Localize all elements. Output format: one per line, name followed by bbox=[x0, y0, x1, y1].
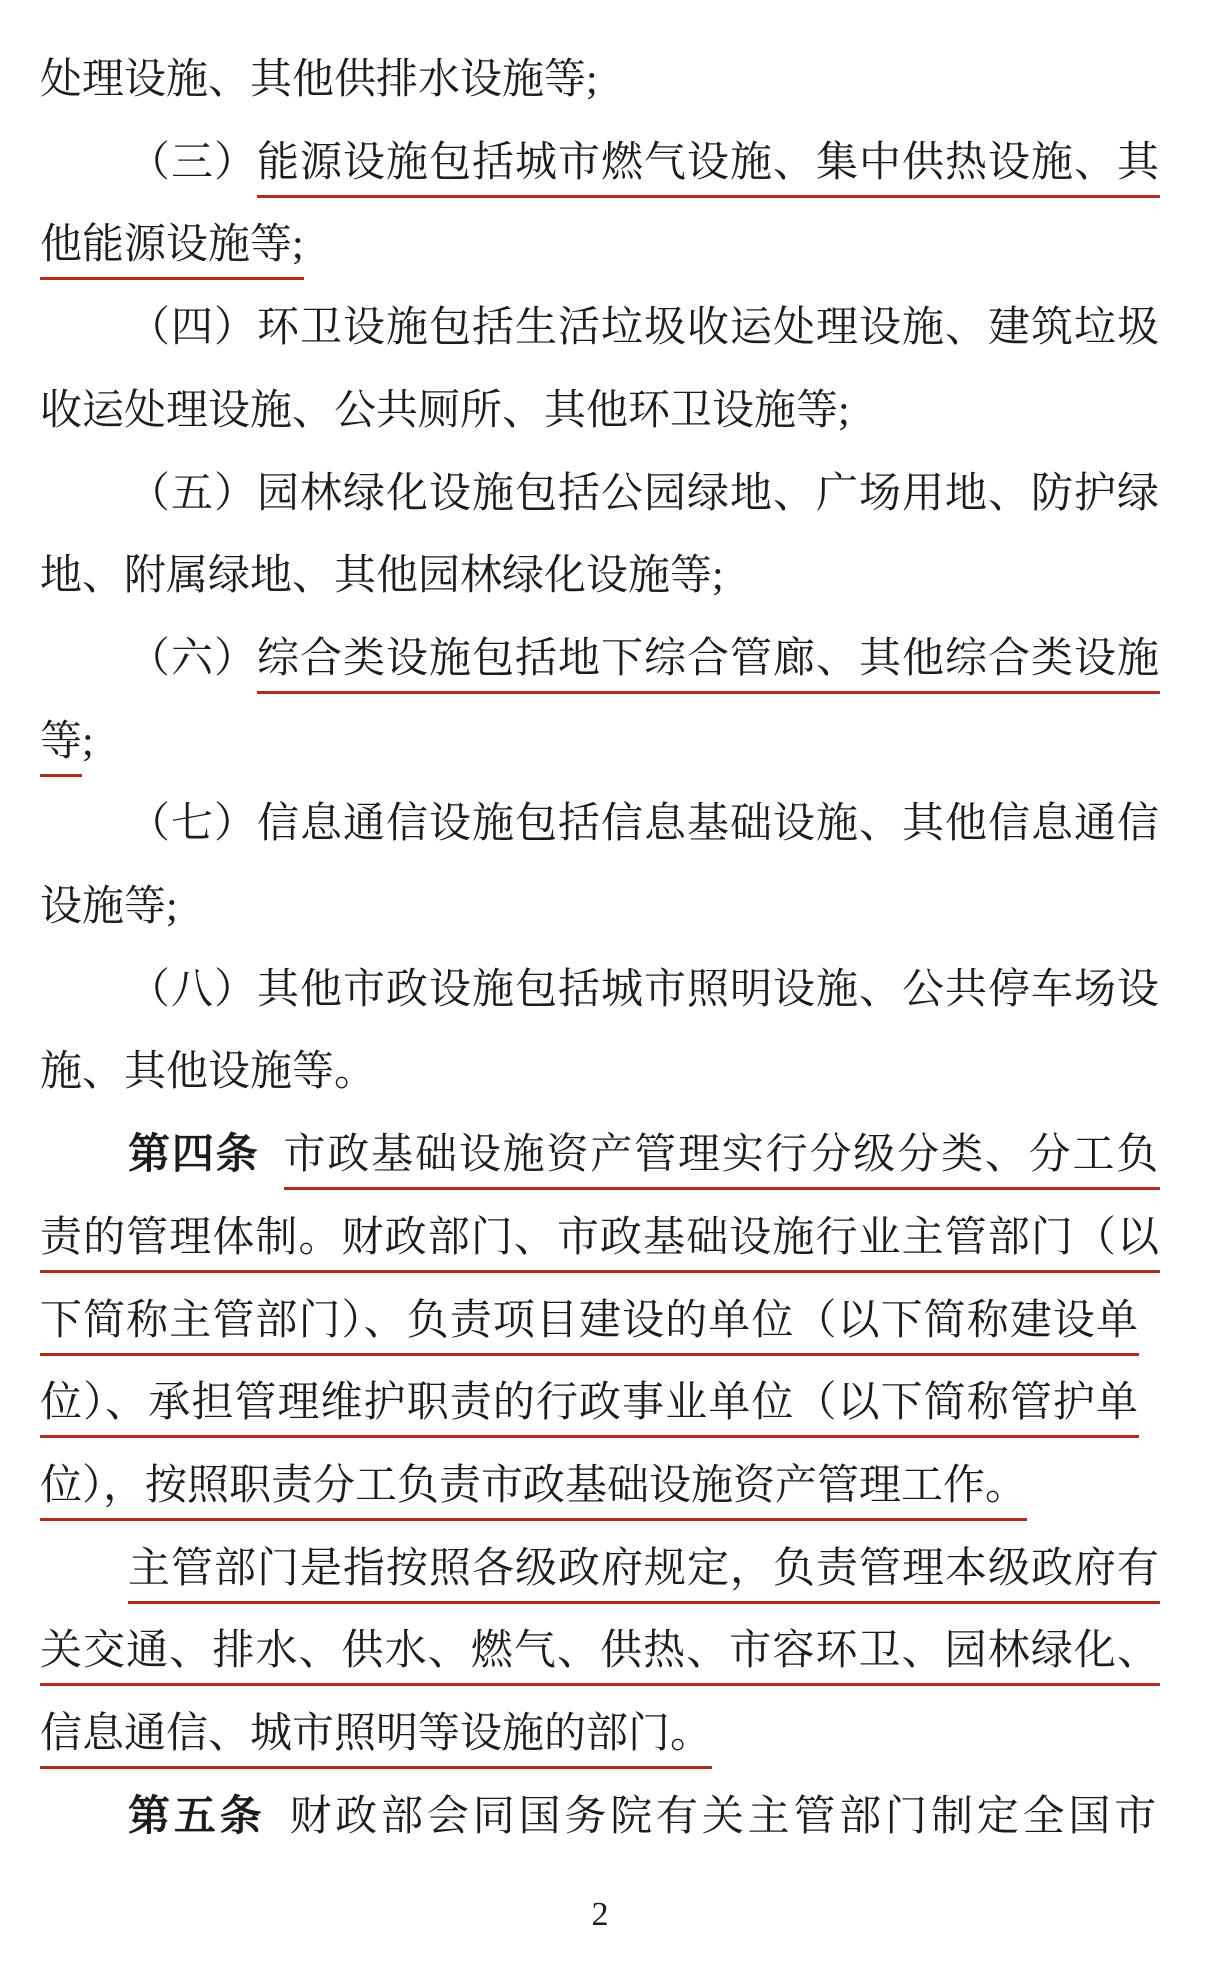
text-line: 施、其他设施等。 bbox=[40, 1046, 1160, 1099]
text-line: 处理设施、其他供排水设施等; bbox=[40, 54, 1160, 107]
body-text: （四）环卫设施包括生活垃圾收运处理设施、建筑垃圾 bbox=[128, 305, 1160, 351]
body-text: 地、附属绿地、其他园林绿化设施等; bbox=[40, 553, 724, 599]
text-line: （八）其他市政设施包括城市照明设施、公共停车场设 bbox=[40, 964, 1160, 1017]
text-line: 信息通信、城市照明等设施的部门。 bbox=[40, 1708, 1160, 1761]
document-page: 处理设施、其他供排水设施等;（三）能源设施包括城市燃气设施、集中供热设施、其他能… bbox=[0, 0, 1205, 1972]
text-line: 主管部门是指按照各级政府规定，负责管理本级政府有 bbox=[40, 1543, 1160, 1596]
underlined-text: 他能源设施等; bbox=[40, 222, 304, 280]
text-line: 位）、承担管理维护职责的行政事业单位（以下简称管护单 bbox=[40, 1377, 1160, 1430]
page-number: 2 bbox=[40, 1896, 1160, 1934]
body-text: 处理设施、其他供排水设施等; bbox=[40, 57, 598, 103]
text-line: 等; bbox=[40, 716, 1160, 769]
body-text: （三） bbox=[128, 140, 257, 186]
underlined-text: 等 bbox=[40, 719, 82, 777]
article-label: 第五条 bbox=[128, 1794, 265, 1840]
body-text: （七）信息通信设施包括信息基础设施、其他信息通信 bbox=[128, 801, 1160, 847]
body-text: 财政部会同国务院有关主管部门制定全国市 bbox=[289, 1794, 1160, 1840]
body-text: 收运处理设施、公共厕所、其他环卫设施等; bbox=[40, 388, 850, 434]
article-label: 第四条 bbox=[128, 1132, 260, 1178]
body-text: 设施等; bbox=[40, 884, 178, 930]
text-line: （六）综合类设施包括地下综合管廊、其他综合类设施 bbox=[40, 633, 1160, 686]
underlined-text: 位），按照职责分工负责市政基础设施资产管理工作。 bbox=[40, 1463, 1027, 1521]
body-text: （八）其他市政设施包括城市照明设施、公共停车场设 bbox=[128, 967, 1160, 1013]
text-line: 位），按照职责分工负责市政基础设施资产管理工作。 bbox=[40, 1460, 1160, 1513]
body-text: （五）园林绿化设施包括公园绿地、广场用地、防护绿 bbox=[128, 471, 1160, 517]
underlined-text: 市政基础设施资产管理实行分级分类、分工负 bbox=[284, 1132, 1161, 1190]
text-line: 设施等; bbox=[40, 881, 1160, 934]
text-line: （三）能源设施包括城市燃气设施、集中供热设施、其 bbox=[40, 137, 1160, 190]
text-line: 下简称主管部门）、负责项目建设的单位（以下简称建设单 bbox=[40, 1295, 1160, 1348]
underlined-text: 责的管理体制。财政部门、市政基础设施行业主管部门（以 bbox=[40, 1215, 1160, 1273]
body-text: 施、其他设施等。 bbox=[40, 1049, 376, 1095]
underlined-text: 能源设施包括城市燃气设施、集中供热设施、其 bbox=[257, 140, 1160, 198]
text-line: （四）环卫设施包括生活垃圾收运处理设施、建筑垃圾 bbox=[40, 302, 1160, 355]
text-line: （七）信息通信设施包括信息基础设施、其他信息通信 bbox=[40, 798, 1160, 851]
text-line: 他能源设施等; bbox=[40, 219, 1160, 272]
text-line: 第四条市政基础设施资产管理实行分级分类、分工负 bbox=[40, 1129, 1160, 1182]
text-line: 关交通、排水、供水、燃气、供热、市容环卫、园林绿化、 bbox=[40, 1625, 1160, 1678]
text-line: 收运处理设施、公共厕所、其他环卫设施等; bbox=[40, 385, 1160, 438]
text-line: 责的管理体制。财政部门、市政基础设施行业主管部门（以 bbox=[40, 1212, 1160, 1265]
underlined-text: 综合类设施包括地下综合管廊、其他综合类设施 bbox=[257, 636, 1160, 694]
underlined-text: 主管部门是指按照各级政府规定，负责管理本级政府有 bbox=[128, 1546, 1160, 1604]
body-text: ; bbox=[82, 719, 94, 765]
underlined-text: 位）、承担管理维护职责的行政事业单位（以下简称管护单 bbox=[40, 1380, 1139, 1438]
body-text: （六） bbox=[128, 636, 257, 682]
underlined-text: 信息通信、城市照明等设施的部门。 bbox=[40, 1711, 712, 1769]
text-line: 第五条财政部会同国务院有关主管部门制定全国市 bbox=[40, 1791, 1160, 1844]
underlined-text: 下简称主管部门）、负责项目建设的单位（以下简称建设单 bbox=[40, 1298, 1139, 1356]
text-line: 地、附属绿地、其他园林绿化设施等; bbox=[40, 550, 1160, 603]
text-line: （五）园林绿化设施包括公园绿地、广场用地、防护绿 bbox=[40, 468, 1160, 521]
underlined-text: 关交通、排水、供水、燃气、供热、市容环卫、园林绿化、 bbox=[40, 1628, 1160, 1686]
